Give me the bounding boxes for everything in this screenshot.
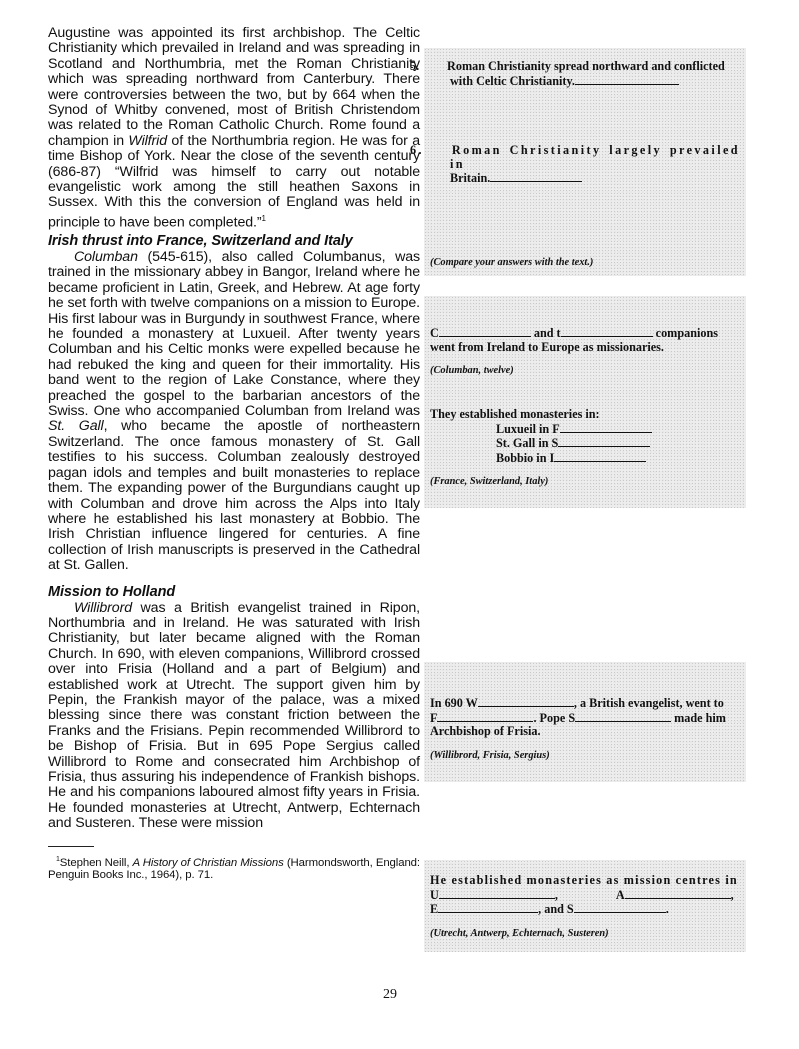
footnote-ref: 1 — [262, 214, 266, 223]
page-number: 29 — [383, 987, 397, 1003]
answer-blank[interactable] — [554, 451, 646, 462]
frame-centres: He established monasteries as mission ce… — [430, 874, 740, 940]
question-5: 5. Roman Christianity spread northward a… — [430, 60, 740, 88]
main-text-column: Augustine was appointed its first archbi… — [48, 26, 420, 882]
review-panel: 5. Roman Christianity spread northward a… — [424, 48, 746, 276]
monastery-item: St. Gall in S — [430, 436, 740, 451]
compare-note: (Compare your answers with the text.) — [430, 256, 740, 270]
frame-willibrord: In 690 W, a British evangelist, went to … — [430, 696, 740, 762]
willibrord-panel: In 690 W, a British evangelist, went to … — [424, 662, 746, 782]
columban-panel: C and t companions went from Ireland to … — [424, 296, 746, 508]
answer-blank[interactable] — [439, 326, 531, 337]
answer-blank[interactable] — [439, 888, 555, 899]
frame-columban: C and t companions went from Ireland to … — [430, 326, 740, 378]
footnote: 1Stephen Neill, A History of Christian M… — [48, 853, 420, 883]
answer-key: (Willibrord, Frisia, Sergius) — [430, 749, 740, 763]
centres-panel: He established monasteries as mission ce… — [424, 860, 746, 952]
section-heading-irish-thrust: Irish thrust into France, Switzerland an… — [48, 233, 420, 250]
answer-blank[interactable] — [560, 422, 652, 433]
answer-blank[interactable] — [561, 326, 653, 337]
answer-key: (Columban, twelve) — [430, 364, 740, 378]
monastery-item: Bobbio in I — [430, 451, 740, 466]
answer-blank[interactable] — [558, 436, 650, 447]
question-6: 6. Roman Christianity largely prevailed … — [430, 144, 740, 186]
section-willibrord-paragraph: Willibrord was a British evangelist trai… — [48, 601, 420, 832]
section-columban-paragraph: Columban (545-615), also called Columban… — [48, 250, 420, 574]
answer-blank[interactable] — [574, 902, 666, 913]
answer-blank[interactable] — [437, 711, 533, 722]
monastery-item: Luxueil in F — [430, 422, 740, 437]
section-heading-holland: Mission to Holland — [48, 584, 420, 601]
answer-blank[interactable] — [490, 171, 582, 182]
answer-blank[interactable] — [575, 74, 679, 85]
answer-blank[interactable] — [438, 902, 538, 913]
intro-paragraph: Augustine was appointed its first archbi… — [48, 26, 420, 231]
footnote-divider — [48, 846, 94, 847]
answer-key: (Utrecht, Antwerp, Echternach, Susteren) — [430, 927, 740, 941]
answer-blank[interactable] — [575, 711, 671, 722]
frame-monasteries: They established monasteries in: Luxueil… — [430, 408, 740, 489]
answer-blank[interactable] — [478, 696, 574, 707]
answer-key: (France, Switzerland, Italy) — [430, 475, 740, 489]
answer-blank[interactable] — [625, 888, 731, 899]
workbook-column: 5. Roman Christianity spread northward a… — [424, 48, 744, 968]
